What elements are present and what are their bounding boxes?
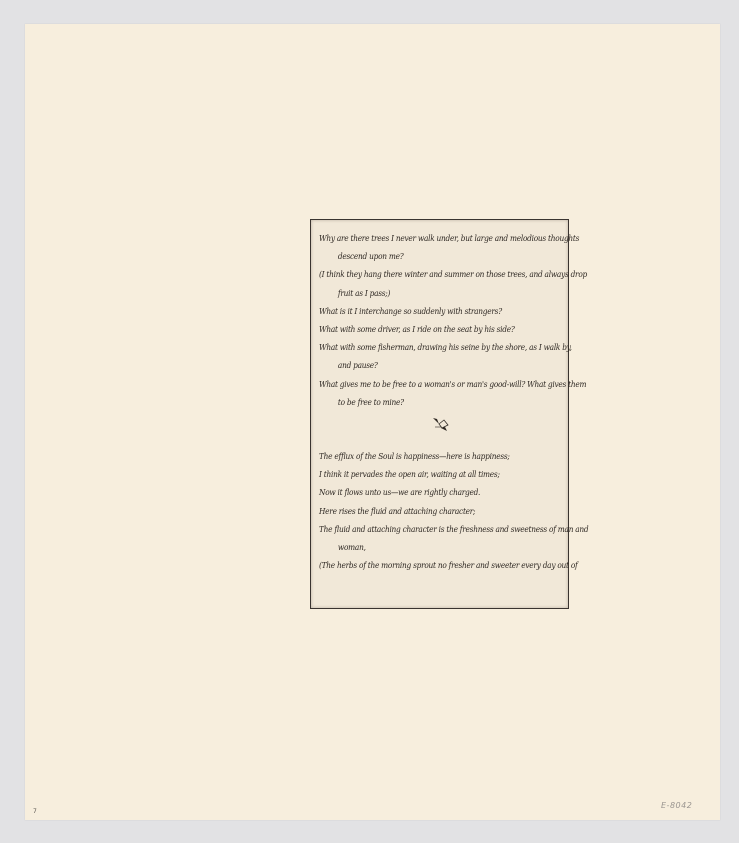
poem-line: (The herbs of the morning sprout no fres… bbox=[319, 557, 528, 575]
poem-line: Now it flows unto us—we are rightly char… bbox=[319, 484, 528, 502]
bird-ornament-icon bbox=[431, 416, 451, 432]
poem-line: What is it I interchange so suddenly wit… bbox=[319, 303, 528, 321]
poem-line: (I think they hang there winter and summ… bbox=[319, 266, 528, 284]
poem-line: woman, bbox=[319, 539, 528, 557]
poem-line: What with some fisherman, drawing his se… bbox=[319, 339, 528, 357]
poem-line: to be free to mine? bbox=[319, 394, 528, 412]
poem-line: The fluid and attaching character is the… bbox=[319, 521, 528, 539]
stanza-break bbox=[319, 412, 562, 448]
poem-line: I think it pervades the open air, waitin… bbox=[319, 466, 528, 484]
poem-line: What gives me to be free to a woman's or… bbox=[319, 376, 528, 394]
poem-line: descend upon me? bbox=[319, 248, 528, 266]
catalog-number: E-8042 bbox=[661, 801, 692, 810]
poem-line: Here rises the fluid and attaching chara… bbox=[319, 503, 528, 521]
corner-mark: 7 bbox=[33, 808, 37, 815]
poem-line: Why are there trees I never walk under, … bbox=[319, 230, 528, 248]
poem-line: and pause? bbox=[319, 357, 528, 375]
paper-sheet: Why are there trees I never walk under, … bbox=[25, 24, 720, 820]
poem-line: fruit as I pass;) bbox=[319, 285, 528, 303]
poem-line: What with some driver, as I ride on the … bbox=[319, 321, 528, 339]
poem-line: The efflux of the Soul is happiness—here… bbox=[319, 448, 528, 466]
poem-text: Why are there trees I never walk under, … bbox=[319, 230, 562, 575]
printed-plate: Why are there trees I never walk under, … bbox=[310, 219, 569, 609]
